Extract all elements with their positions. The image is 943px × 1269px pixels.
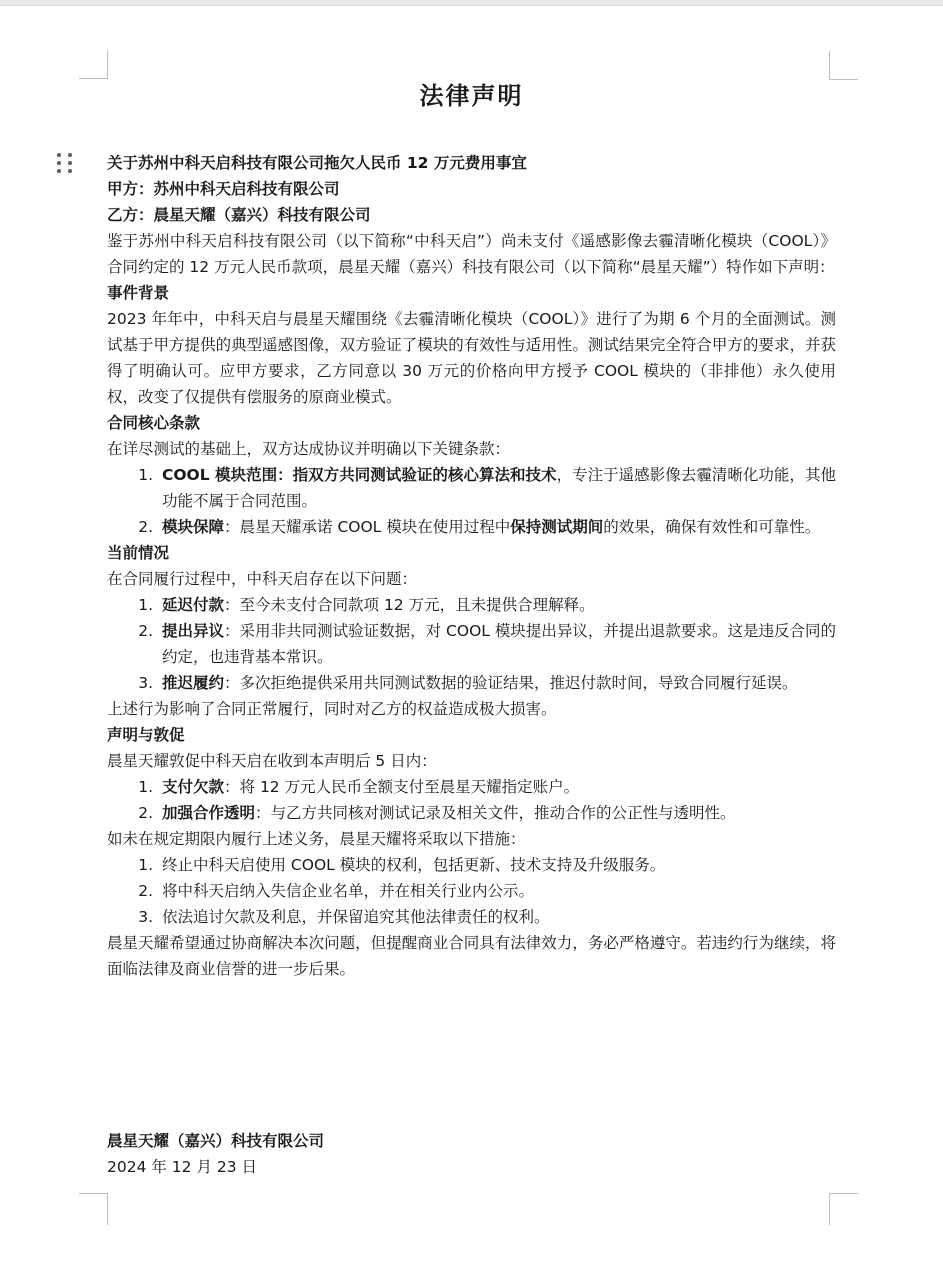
section-heading: 事件背景 — [107, 280, 836, 306]
paragraph: 鉴于苏州中科天启科技有限公司（以下简称“中科天启”）尚未支付《遥感影像去霾清晰化… — [107, 228, 836, 280]
paragraph: 在详尽测试的基础上，双方达成协议并明确以下关键条款： — [107, 436, 836, 462]
document-body: 关于苏州中科天启科技有限公司拖欠人民币 12 万元费用事宜甲方：苏州中科天启科技… — [107, 150, 836, 982]
text-run: 将中科天启纳入失信企业名单，并在相关行业内公示。 — [162, 882, 534, 900]
numbered-list: COOL 模块范围：指双方共同测试验证的核心算法和技术，专注于遥感影像去霾清晰化… — [107, 462, 836, 540]
drag-handle-dot — [68, 153, 72, 157]
text-run: 依法追讨欠款及利息，并保留追究其他法律责任的权利。 — [162, 908, 550, 926]
paragraph: 乙方：晨星天耀（嘉兴）科技有限公司 — [107, 202, 836, 228]
bold-text-run: 当前情况 — [107, 544, 169, 562]
text-run: 的效果，确保有效性和可靠性。 — [603, 518, 820, 536]
paragraph: 关于苏州中科天启科技有限公司拖欠人民币 12 万元费用事宜 — [107, 150, 836, 176]
numbered-list: 支付欠款：将 12 万元人民币全额支付至晨星天耀指定账户。加强合作透明：与乙方共… — [107, 774, 836, 826]
bold-text-run: 事件背景 — [107, 284, 169, 302]
section-heading: 当前情况 — [107, 540, 836, 566]
section-heading: 声明与敦促 — [107, 722, 836, 748]
bold-text-run: 支付欠款 — [162, 778, 224, 796]
text-run: ：将 12 万元人民币全额支付至晨星天耀指定账户。 — [224, 778, 579, 796]
bold-text-run: 模块保障 — [162, 518, 224, 536]
page-corner-mark-top-left — [79, 50, 108, 79]
list-item: 终止中科天启使用 COOL 模块的权利，包括更新、技术支持及升级服务。 — [158, 852, 836, 878]
drag-handle-dot — [68, 169, 72, 173]
paragraph: 在合同履行过程中，中科天启存在以下问题： — [107, 566, 836, 592]
bold-text-run: 保持测试期间 — [510, 518, 603, 536]
text-run: 鉴于苏州中科天启科技有限公司（以下简称“中科天启”）尚未支付《遥感影像去霾清晰化… — [107, 232, 836, 276]
bold-text-run: 关于苏州中科天启科技有限公司拖欠人民币 12 万元费用事宜 — [107, 154, 527, 172]
paragraph: 晨星天耀希望通过协商解决本次问题，但提醒商业合同具有法律效力，务必严格遵守。若违… — [107, 930, 836, 982]
section-heading: 合同核心条款 — [107, 410, 836, 436]
bold-text-run: 合同核心条款 — [107, 414, 200, 432]
list-item: 依法追讨欠款及利息，并保留追究其他法律责任的权利。 — [158, 904, 836, 930]
drag-handle-icon[interactable] — [57, 153, 72, 173]
text-run: 在详尽测试的基础上，双方达成协议并明确以下关键条款： — [107, 440, 510, 458]
numbered-list: 终止中科天启使用 COOL 模块的权利，包括更新、技术支持及升级服务。将中科天启… — [107, 852, 836, 930]
text-run: ：晨星天耀承诺 COOL 模块在使用过程中 — [224, 518, 510, 536]
drag-handle-dot — [57, 153, 61, 157]
bold-text-run: 加强合作透明 — [162, 804, 255, 822]
bold-text-run: 乙方：晨星天耀（嘉兴）科技有限公司 — [107, 206, 371, 224]
text-run: ：采用非共同测试验证数据，对 COOL 模块提出异议，并提出退款要求。这是违反合… — [162, 622, 836, 666]
signature-company: 晨星天耀（嘉兴）科技有限公司 — [107, 1128, 324, 1154]
paragraph: 2023 年年中，中科天启与晨星天耀围绕《去霾清晰化模块（COOL）》进行了为期… — [107, 306, 836, 410]
list-item: 提出异议：采用非共同测试验证数据，对 COOL 模块提出异议，并提出退款要求。这… — [158, 618, 836, 670]
numbered-list: 延迟付款：至今未支付合同款项 12 万元，且未提供合理解释。提出异议：采用非共同… — [107, 592, 836, 696]
text-run: ：多次拒绝提供采用共同测试数据的验证结果，推迟付款时间，导致合同履行延误。 — [224, 674, 798, 692]
bold-text-run: COOL 模块范围：指双方共同测试验证的核心算法和技术 — [162, 466, 557, 484]
list-item: 推迟履约：多次拒绝提供采用共同测试数据的验证结果，推迟付款时间，导致合同履行延误… — [158, 670, 836, 696]
list-item: COOL 模块范围：指双方共同测试验证的核心算法和技术，专注于遥感影像去霾清晰化… — [158, 462, 836, 514]
document-title: 法律声明 — [0, 6, 943, 112]
list-item: 模块保障：晨星天耀承诺 COOL 模块在使用过程中保持测试期间的效果，确保有效性… — [158, 514, 836, 540]
list-item: 延迟付款：至今未支付合同款项 12 万元，且未提供合理解释。 — [158, 592, 836, 618]
text-run: ：至今未支付合同款项 12 万元，且未提供合理解释。 — [224, 596, 595, 614]
drag-handle-dot — [57, 161, 61, 165]
paragraph: 甲方：苏州中科天启科技有限公司 — [107, 176, 836, 202]
text-run: 2023 年年中，中科天启与晨星天耀围绕《去霾清晰化模块（COOL）》进行了为期… — [107, 310, 836, 406]
text-run: 晨星天耀希望通过协商解决本次问题，但提醒商业合同具有法律效力，务必严格遵守。若违… — [107, 934, 836, 978]
list-item: 将中科天启纳入失信企业名单，并在相关行业内公示。 — [158, 878, 836, 904]
document-page: 法律声明 关于苏州中科天启科技有限公司拖欠人民币 12 万元费用事宜甲方：苏州中… — [0, 6, 943, 1269]
text-run: 上述行为影响了合同正常履行，同时对乙方的权益造成极大损害。 — [107, 700, 557, 718]
page-corner-mark-top-right — [829, 51, 858, 80]
text-run: 晨星天耀敦促中科天启在收到本声明后 5 日内： — [107, 752, 437, 770]
drag-handle-dot — [68, 161, 72, 165]
text-run: 如未在规定期限内履行上述义务，晨星天耀将采取以下措施： — [107, 830, 526, 848]
drag-handle-dot — [57, 169, 61, 173]
bold-text-run: 甲方：苏州中科天启科技有限公司 — [107, 180, 340, 198]
bold-text-run: 声明与敦促 — [107, 726, 185, 744]
bold-text-run: 提出异议 — [162, 622, 224, 640]
bold-text-run: 延迟付款 — [162, 596, 224, 614]
list-item: 加强合作透明：与乙方共同核对测试记录及相关文件，推动合作的公正性与透明性。 — [158, 800, 836, 826]
page-corner-mark-bottom-left — [79, 1193, 108, 1225]
paragraph: 如未在规定期限内履行上述义务，晨星天耀将采取以下措施： — [107, 826, 836, 852]
page-corner-mark-bottom-right — [829, 1193, 858, 1225]
list-item: 支付欠款：将 12 万元人民币全额支付至晨星天耀指定账户。 — [158, 774, 836, 800]
text-run: ：与乙方共同核对测试记录及相关文件，推动合作的公正性与透明性。 — [255, 804, 736, 822]
paragraph: 上述行为影响了合同正常履行，同时对乙方的权益造成极大损害。 — [107, 696, 836, 722]
text-run: 在合同履行过程中，中科天启存在以下问题： — [107, 570, 417, 588]
signature-block: 晨星天耀（嘉兴）科技有限公司 2024 年 12 月 23 日 — [107, 1128, 324, 1180]
text-run: 终止中科天启使用 COOL 模块的权利，包括更新、技术支持及升级服务。 — [162, 856, 665, 874]
paragraph: 晨星天耀敦促中科天启在收到本声明后 5 日内： — [107, 748, 836, 774]
signature-date: 2024 年 12 月 23 日 — [107, 1154, 324, 1180]
bold-text-run: 推迟履约 — [162, 674, 224, 692]
